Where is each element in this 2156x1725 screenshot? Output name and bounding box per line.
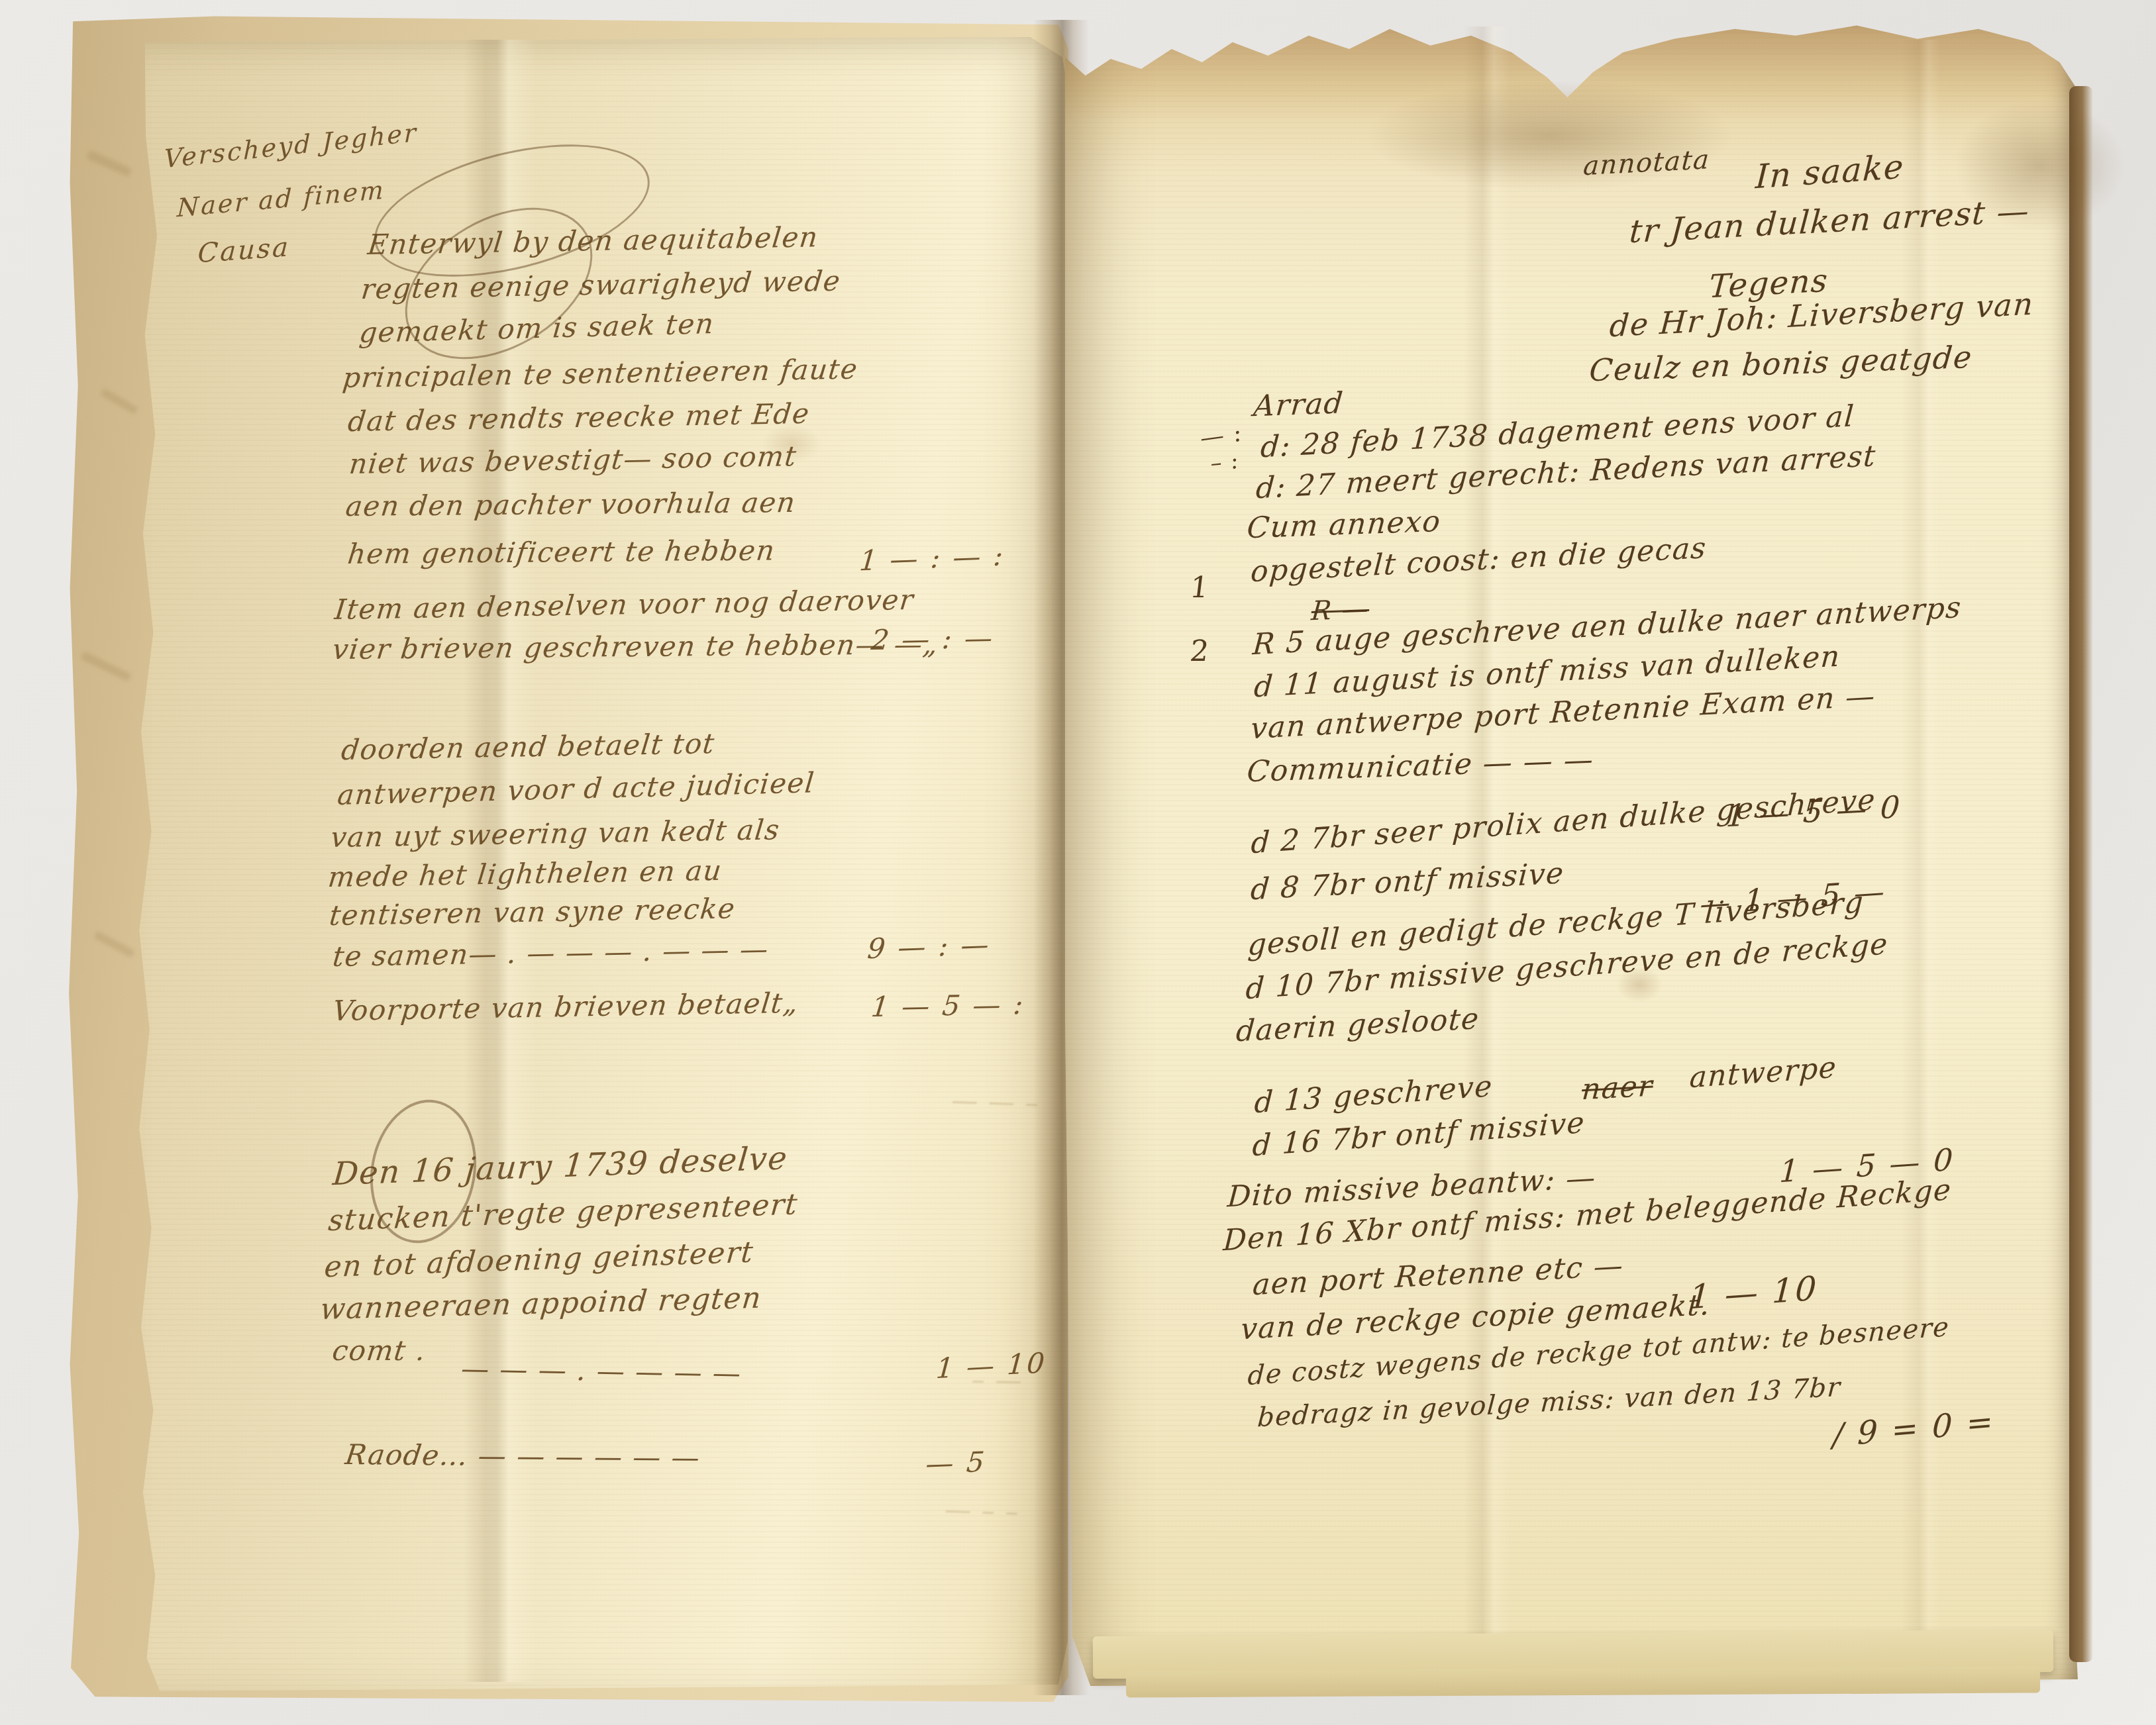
handwritten-line: mede het lighthelen en au xyxy=(327,854,724,893)
handwritten-line: doorden aend betaelt tot xyxy=(340,727,717,766)
handwritten-line: Cum annexo xyxy=(1246,505,1443,545)
bleed-through-text: — – – xyxy=(943,1495,1022,1528)
handwritten-line: Raode… — — — — — — xyxy=(344,1438,703,1474)
handwritten-line: vier brieven geschreven te hebben— —„ xyxy=(331,628,940,665)
handwritten-line: comt . xyxy=(331,1334,428,1367)
page-edge-shadow xyxy=(2069,86,2093,1662)
struck-word: naer xyxy=(1580,1069,1654,1107)
margin-mark: 2 xyxy=(1188,634,1212,668)
underlying-sheet-edge xyxy=(1126,1666,2040,1697)
amount-value: 1 — : — : xyxy=(858,539,1007,577)
handwritten-line: — — — . — — — — xyxy=(459,1352,744,1389)
margin-mark: – : xyxy=(1210,447,1239,477)
manuscript-scan: Verscheyd JegherNaer ad finemCausaEnterw… xyxy=(0,0,2156,1725)
amount-value: — 5 xyxy=(925,1446,988,1480)
handwritten-line: hem genotificeert te hebben xyxy=(346,534,777,570)
handwritten-line: aen den pachter voorhula aen xyxy=(344,486,797,522)
amount-value: 1 — 5 — : xyxy=(870,988,1027,1023)
handwritten-line: Arrad xyxy=(1253,386,1345,423)
amount-value: 2 — : — xyxy=(870,622,996,656)
amount-value: 9 — : — xyxy=(866,928,992,965)
bleed-through-text: – — xyxy=(970,1365,1025,1397)
bleed-through-text: — — – xyxy=(949,1086,1042,1119)
margin-mark: 1 xyxy=(1188,571,1212,605)
